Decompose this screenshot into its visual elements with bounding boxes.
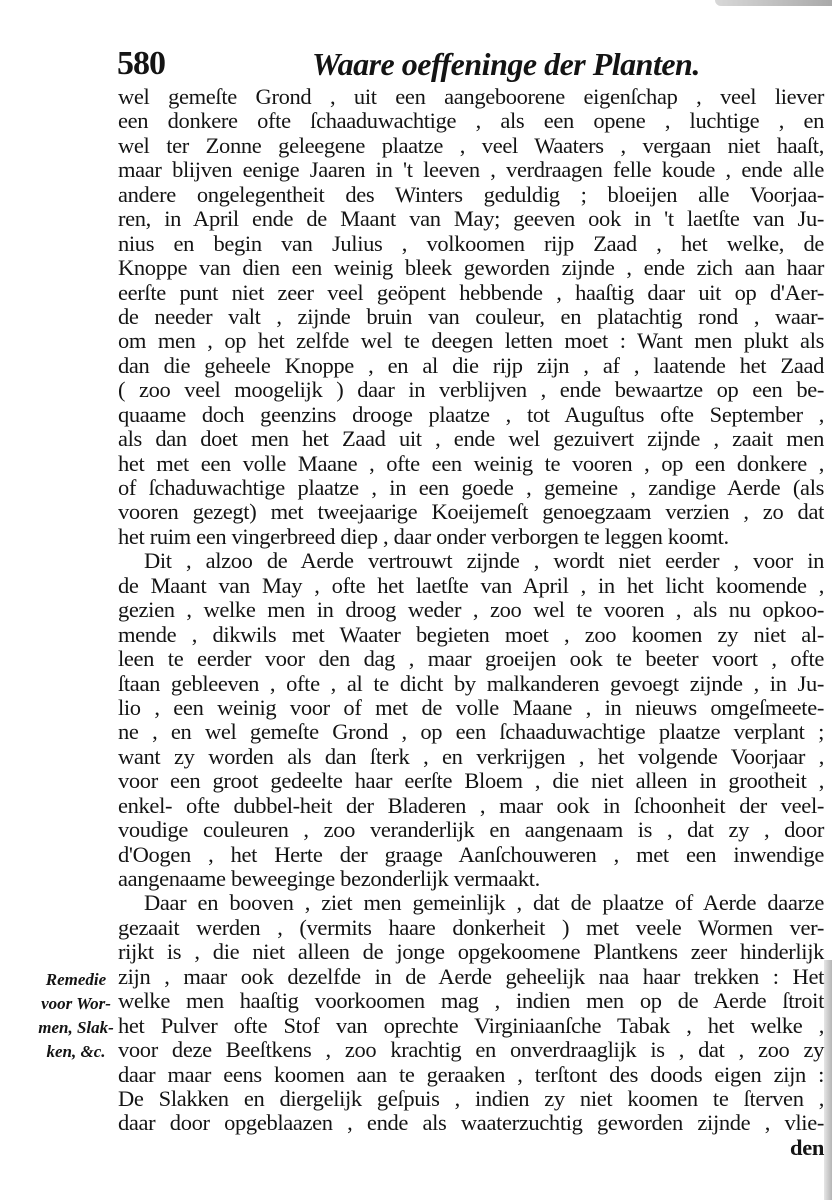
text-line: gezaait werden , (vermits haare donkerhe… [118,916,824,940]
scan-edge-shadow [715,0,832,6]
text-line: welke men haaſtig voorkoomen mag , indie… [118,989,824,1013]
text-line: het Pulver ofte Stof van oprechte Virgin… [118,1014,824,1038]
text-line: voor deze Beeſtkens , zoo krachtig en on… [118,1038,824,1062]
text-line: enkel- ofte dubbel-heit der Bladeren , m… [118,794,824,818]
text-line: ( zoo veel moogelijk ) daar in verblijve… [118,378,824,402]
text-line: de needer valt , zijnde bruin van couleu… [118,305,824,329]
text-line: nius en begin van Julius , volkoomen rij… [118,232,824,256]
body-text: wel gemeſte Grond , uit een aangeboorene… [118,85,824,1160]
text-line: De Slakken en diergelijk geſpuis , indie… [118,1087,824,1111]
margin-note: Remedie voor Wor- men, Slak- ken, &c. [26,968,126,1064]
scan-edge-shadow [824,960,832,1200]
running-title: Waare oeffeninge der Planten. [312,44,700,84]
text-line: een donkere ofte ſchaaduwachtige , als e… [118,109,824,133]
text-line: ren, in April ende de Maant van May; gee… [118,207,824,231]
text-line: ſtaan gebleeven , ofte , al te dicht by … [118,672,824,696]
text-line: of ſchaduwachtige plaatze , in een goede… [118,476,824,500]
text-line: maar blijven eenige Jaaren in 't leeven … [118,158,824,182]
page-header: 580 Waare oeffeninge der Planten. [117,44,817,84]
text-line: zijn , maar ook dezelfde in de Aerde geh… [118,965,824,989]
text-line: gezien , welke men in droog weder , zoo … [118,598,824,622]
text-line: voor een groot gedeelte haar eerſte Bloe… [118,769,824,793]
text-line: het ruim een vingerbreed diep , daar ond… [118,525,824,549]
text-line: leen te eerder voor den dag , maar groei… [118,647,824,671]
text-line: om men , op het zelfde wel te deegen let… [118,329,824,353]
text-line: mende , dikwils met Waater begieten moet… [118,623,824,647]
margin-note-line: voor Wor- [26,992,126,1016]
text-line: d'Oogen , het Herte der graage Aanſchouw… [118,843,824,867]
text-line: de Maant van May , ofte het laetſte van … [118,574,824,598]
text-line: andere ongelegentheit des Winters geduld… [118,183,824,207]
text-line: daar door opgeblaazen , ende als waaterz… [118,1111,824,1135]
paragraph-start-line: Dit , alzoo de Aerde vertrouwt zijnde , … [118,549,824,573]
catchword: den [118,1136,824,1160]
text-line: dan die geheele Knoppe , en al die rijp … [118,354,824,378]
text-line: als dan doet men het Zaad uit , ende wel… [118,427,824,451]
margin-note-line: men, Slak- [26,1016,126,1040]
text-line: want zy worden als dan ſterk , en verkri… [118,745,824,769]
text-line: voudige couleuren , zoo veranderlijk en … [118,818,824,842]
margin-note-line: ken, &c. [26,1040,126,1064]
page-number: 580 [117,44,165,84]
text-line: rijkt is , die niet alleen de jonge opge… [118,940,824,964]
text-line: daar maar eens koomen aan te geraaken , … [118,1063,824,1087]
text-line: lio , een weinig voor of met de volle Ma… [118,696,824,720]
text-line: quaame doch geenzins drooge plaatze , to… [118,403,824,427]
text-line: eerſte punt niet zeer veel geöpent hebbe… [118,281,824,305]
text-line: het met een volle Maane , ofte een weini… [118,452,824,476]
text-line: vooren gezegt) met tweejaarige Koeijemeſ… [118,500,824,524]
margin-note-line: Remedie [26,968,126,992]
paragraph-start-line: Daar en booven , ziet men gemeinlijk , d… [118,891,824,915]
text-line: ne , en wel gemeſte Grond , op een ſchaa… [118,720,824,744]
text-line: wel gemeſte Grond , uit een aangeboorene… [118,85,824,109]
text-line: Knoppe van dien een weinig bleek geworde… [118,256,824,280]
text-line: wel ter Zonne geleegene plaatze , veel W… [118,134,824,158]
text-line: aangenaame beweeginge bezonderlijk verma… [118,867,824,891]
